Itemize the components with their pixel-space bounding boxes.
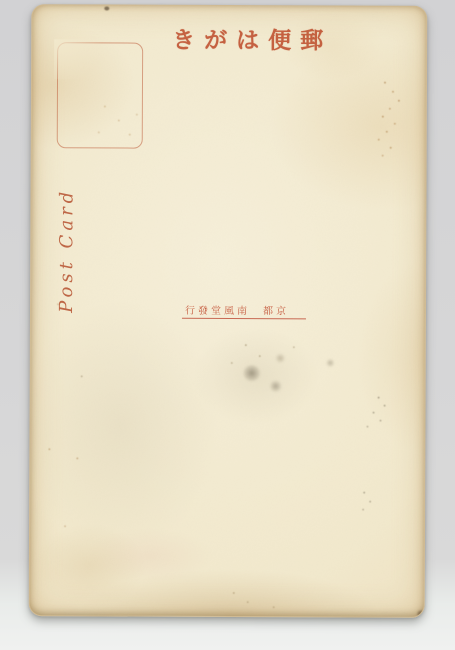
stain-spot (269, 380, 283, 392)
edge-fleck (104, 6, 109, 10)
postcard-title: きがは便郵 (172, 22, 332, 56)
publisher-underline (182, 318, 306, 320)
stain-spot (275, 353, 286, 363)
photo-backdrop: きがは便郵 Post Card 行發堂風南 都京 (0, 0, 455, 650)
stain-spot (243, 365, 261, 381)
post-card-vertical-text: Post Card (56, 165, 87, 335)
postcard: きがは便郵 Post Card 行發堂風南 都京 (29, 4, 428, 618)
stain-spot (326, 358, 335, 367)
stamp-box (57, 42, 143, 148)
publisher-imprint: 行發堂風南 都京 (185, 302, 289, 317)
foxing-speckles (32, 5, 34, 7)
corner-chip (418, 611, 426, 618)
